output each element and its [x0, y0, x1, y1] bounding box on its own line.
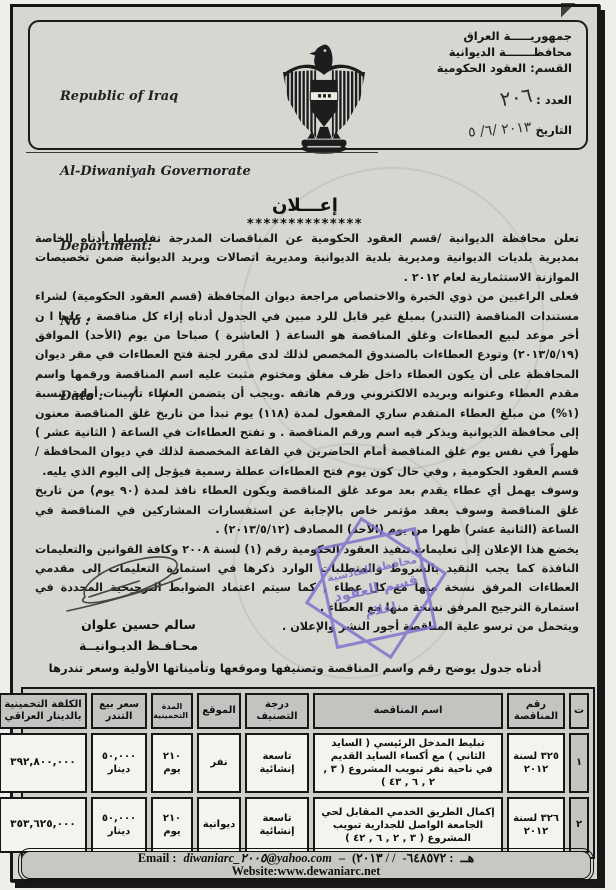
- governor-title: محـافـظ الديـوانيــة: [51, 635, 226, 656]
- cell-tender-name: إكمال الطريق الخدمي المقابل لحي الجامعة …: [313, 797, 503, 853]
- letterhead-box: Republic of Iraq Al-Diwaniyah Governorat…: [28, 20, 588, 150]
- cell-tender-number: ٣٢٥ لسنة ٢٠١٢: [507, 733, 565, 793]
- cell-duration: ٢١٠ يوم: [151, 797, 193, 853]
- date-rule-line: [26, 152, 378, 153]
- header-duration: المدة التخمينية: [151, 693, 193, 729]
- phone-label: هــ: [460, 852, 474, 865]
- governor-name: سالم حسين علوان: [51, 614, 226, 635]
- table-row: ١ ٣٢٥ لسنة ٢٠١٢ تبليط المدخل الرئيسي ( ا…: [0, 733, 589, 793]
- website-line: Website:www.dewaniarc.net: [232, 865, 381, 878]
- scan-artifact: [561, 3, 599, 43]
- tenders-table: ت رقم المناقصة اسم المناقصة درجة التصنيف…: [21, 687, 595, 859]
- header-tender-price: سعر بيع التندر: [91, 693, 147, 729]
- governorate-en: Al-Diwaniyah Governorate: [60, 159, 251, 184]
- number-label: العدد :: [536, 93, 572, 107]
- cell-duration: ٢١٠ يوم: [151, 733, 193, 793]
- announcement-title: إعـــلان: [13, 195, 597, 216]
- cell-location: ديوانية: [197, 797, 241, 853]
- cell-classification: تاسعة إنشائية: [245, 733, 309, 793]
- section-ar: القسم: العقود الحكومية: [437, 60, 572, 76]
- cell-estimated-cost: ٣٥٣,٦٢٥,٠٠٠: [0, 797, 87, 853]
- header-serial: ت: [569, 693, 589, 729]
- cell-serial: ١: [569, 733, 589, 793]
- header-location: الموقع: [197, 693, 241, 729]
- country-en: Republic of Iraq: [60, 84, 251, 109]
- signature-block: سالم حسين علوان محـافـظ الديـوانيــة: [51, 614, 226, 656]
- table-row: ٢ ٣٢٦ لسنة ٢٠١٢ إكمال الطريق الخدمي المق…: [0, 797, 589, 853]
- handwritten-date: ٢٠١٣ /٦/ ٥: [467, 119, 532, 140]
- table-header-row: ت رقم المناقصة اسم المناقصة درجة التصنيف…: [0, 693, 589, 729]
- cell-tender-name: تبليط المدخل الرئيسي ( السايد الثاني ) م…: [313, 733, 503, 793]
- document-frame: Republic of Iraq Al-Diwaniyah Governorat…: [10, 4, 600, 882]
- cell-tender-number: ٣٢٦ لسنة ٢٠١٢: [507, 797, 565, 853]
- paragraph: تعلن محافظة الديوانية /قسم العقود الحكوم…: [35, 229, 579, 287]
- header-classification: درجة التصنيف: [245, 693, 309, 729]
- cell-classification: تاسعة إنشائية: [245, 797, 309, 853]
- letterhead-arabic: جمهوريـــــة العراق محافظـــــــة الديوا…: [437, 28, 572, 138]
- governor-signature-scribble: [55, 545, 225, 625]
- document-date-row: التاريخ ٢٠١٣ /٦/ ٥: [437, 122, 572, 138]
- header-tender-name: اسم المناقصة: [313, 693, 503, 729]
- header-tender-number: رقم المناقصة: [507, 693, 565, 729]
- document-number-row: العدد : ٢٠٦: [437, 89, 572, 108]
- table-caption: أدناه جدول يوضح رقم واسم المناقصة وتصنيف…: [3, 661, 587, 675]
- cell-estimated-cost: ٣٩٢,٨٠٠,٠٠٠: [0, 733, 87, 793]
- scanned-announcement-document: { "letterhead": { "en": { "country": "Re…: [0, 0, 616, 890]
- cell-location: نفر: [197, 733, 241, 793]
- stamp-line3: اعلام: [364, 599, 398, 621]
- contact-footer-box: Email : diwaniarc_٢٠٠٥@yahoo.com – (٢٠١٣…: [21, 851, 591, 879]
- cell-tender-price: ٥٠,٠٠٠ دينار: [91, 733, 147, 793]
- country-ar: جمهوريـــــة العراق: [437, 28, 572, 44]
- iraq-eagle-emblem: [280, 42, 368, 156]
- email-label: Email :: [138, 852, 177, 865]
- handwritten-document-number: ٢٠٦: [499, 87, 533, 108]
- paragraph: فعلى الراغبين من ذوي الخبرة والاختصاص مر…: [35, 287, 579, 481]
- department-stamp: محافظة القادسية قسم العقود اعلام: [301, 513, 451, 663]
- header-estimated-cost: الكلفة التخمينية بالدينار العراقي: [0, 693, 87, 729]
- phone-number: -٦٤٨٥٧٢ :: [403, 852, 454, 865]
- date-label-ar: التاريخ: [536, 123, 573, 137]
- cell-tender-price: ٥٠,٠٠٠ دينار: [91, 797, 147, 853]
- governorate-ar: محافظـــــــة الديوانية: [437, 44, 572, 60]
- cell-serial: ٢: [569, 797, 589, 853]
